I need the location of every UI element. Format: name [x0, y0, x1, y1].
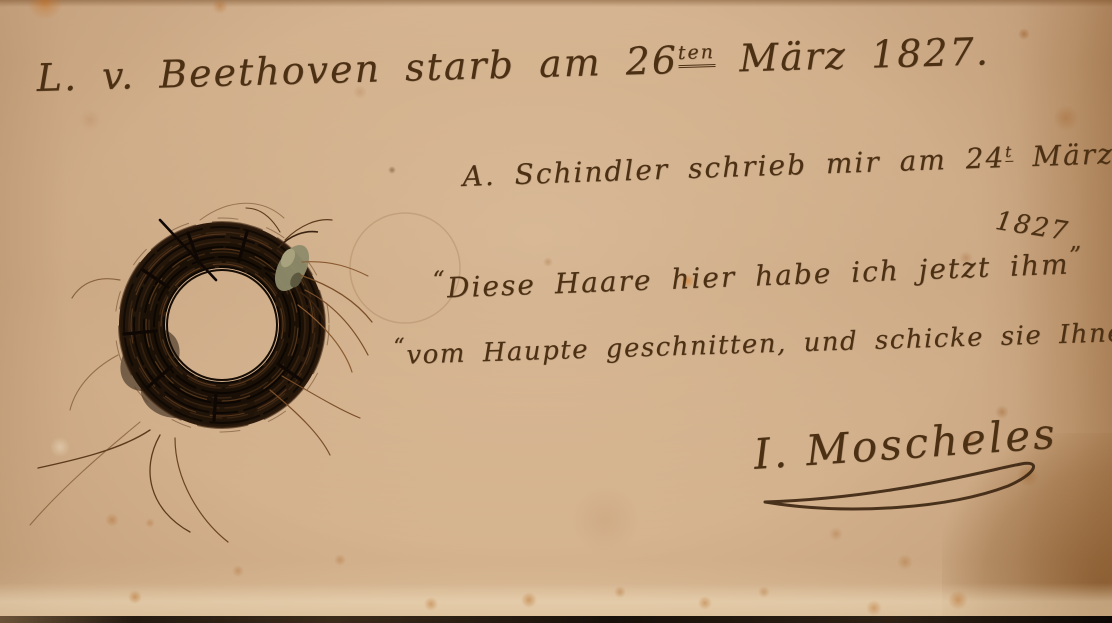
open-quote: “ — [393, 334, 407, 360]
line2-month: März — [1013, 137, 1112, 173]
hair-coil — [84, 187, 360, 463]
close-quote: ” — [1069, 241, 1084, 270]
ordinal-superscript: ten — [678, 41, 716, 68]
open-quote: “ — [432, 265, 447, 294]
lock-of-hair — [0, 180, 480, 580]
photograph-of-handwritten-note: L. v. Beethoven starb am 26ten März 1827… — [0, 0, 1112, 623]
signature-flourish — [740, 452, 1070, 522]
line1-date: März 1827. — [715, 29, 991, 81]
